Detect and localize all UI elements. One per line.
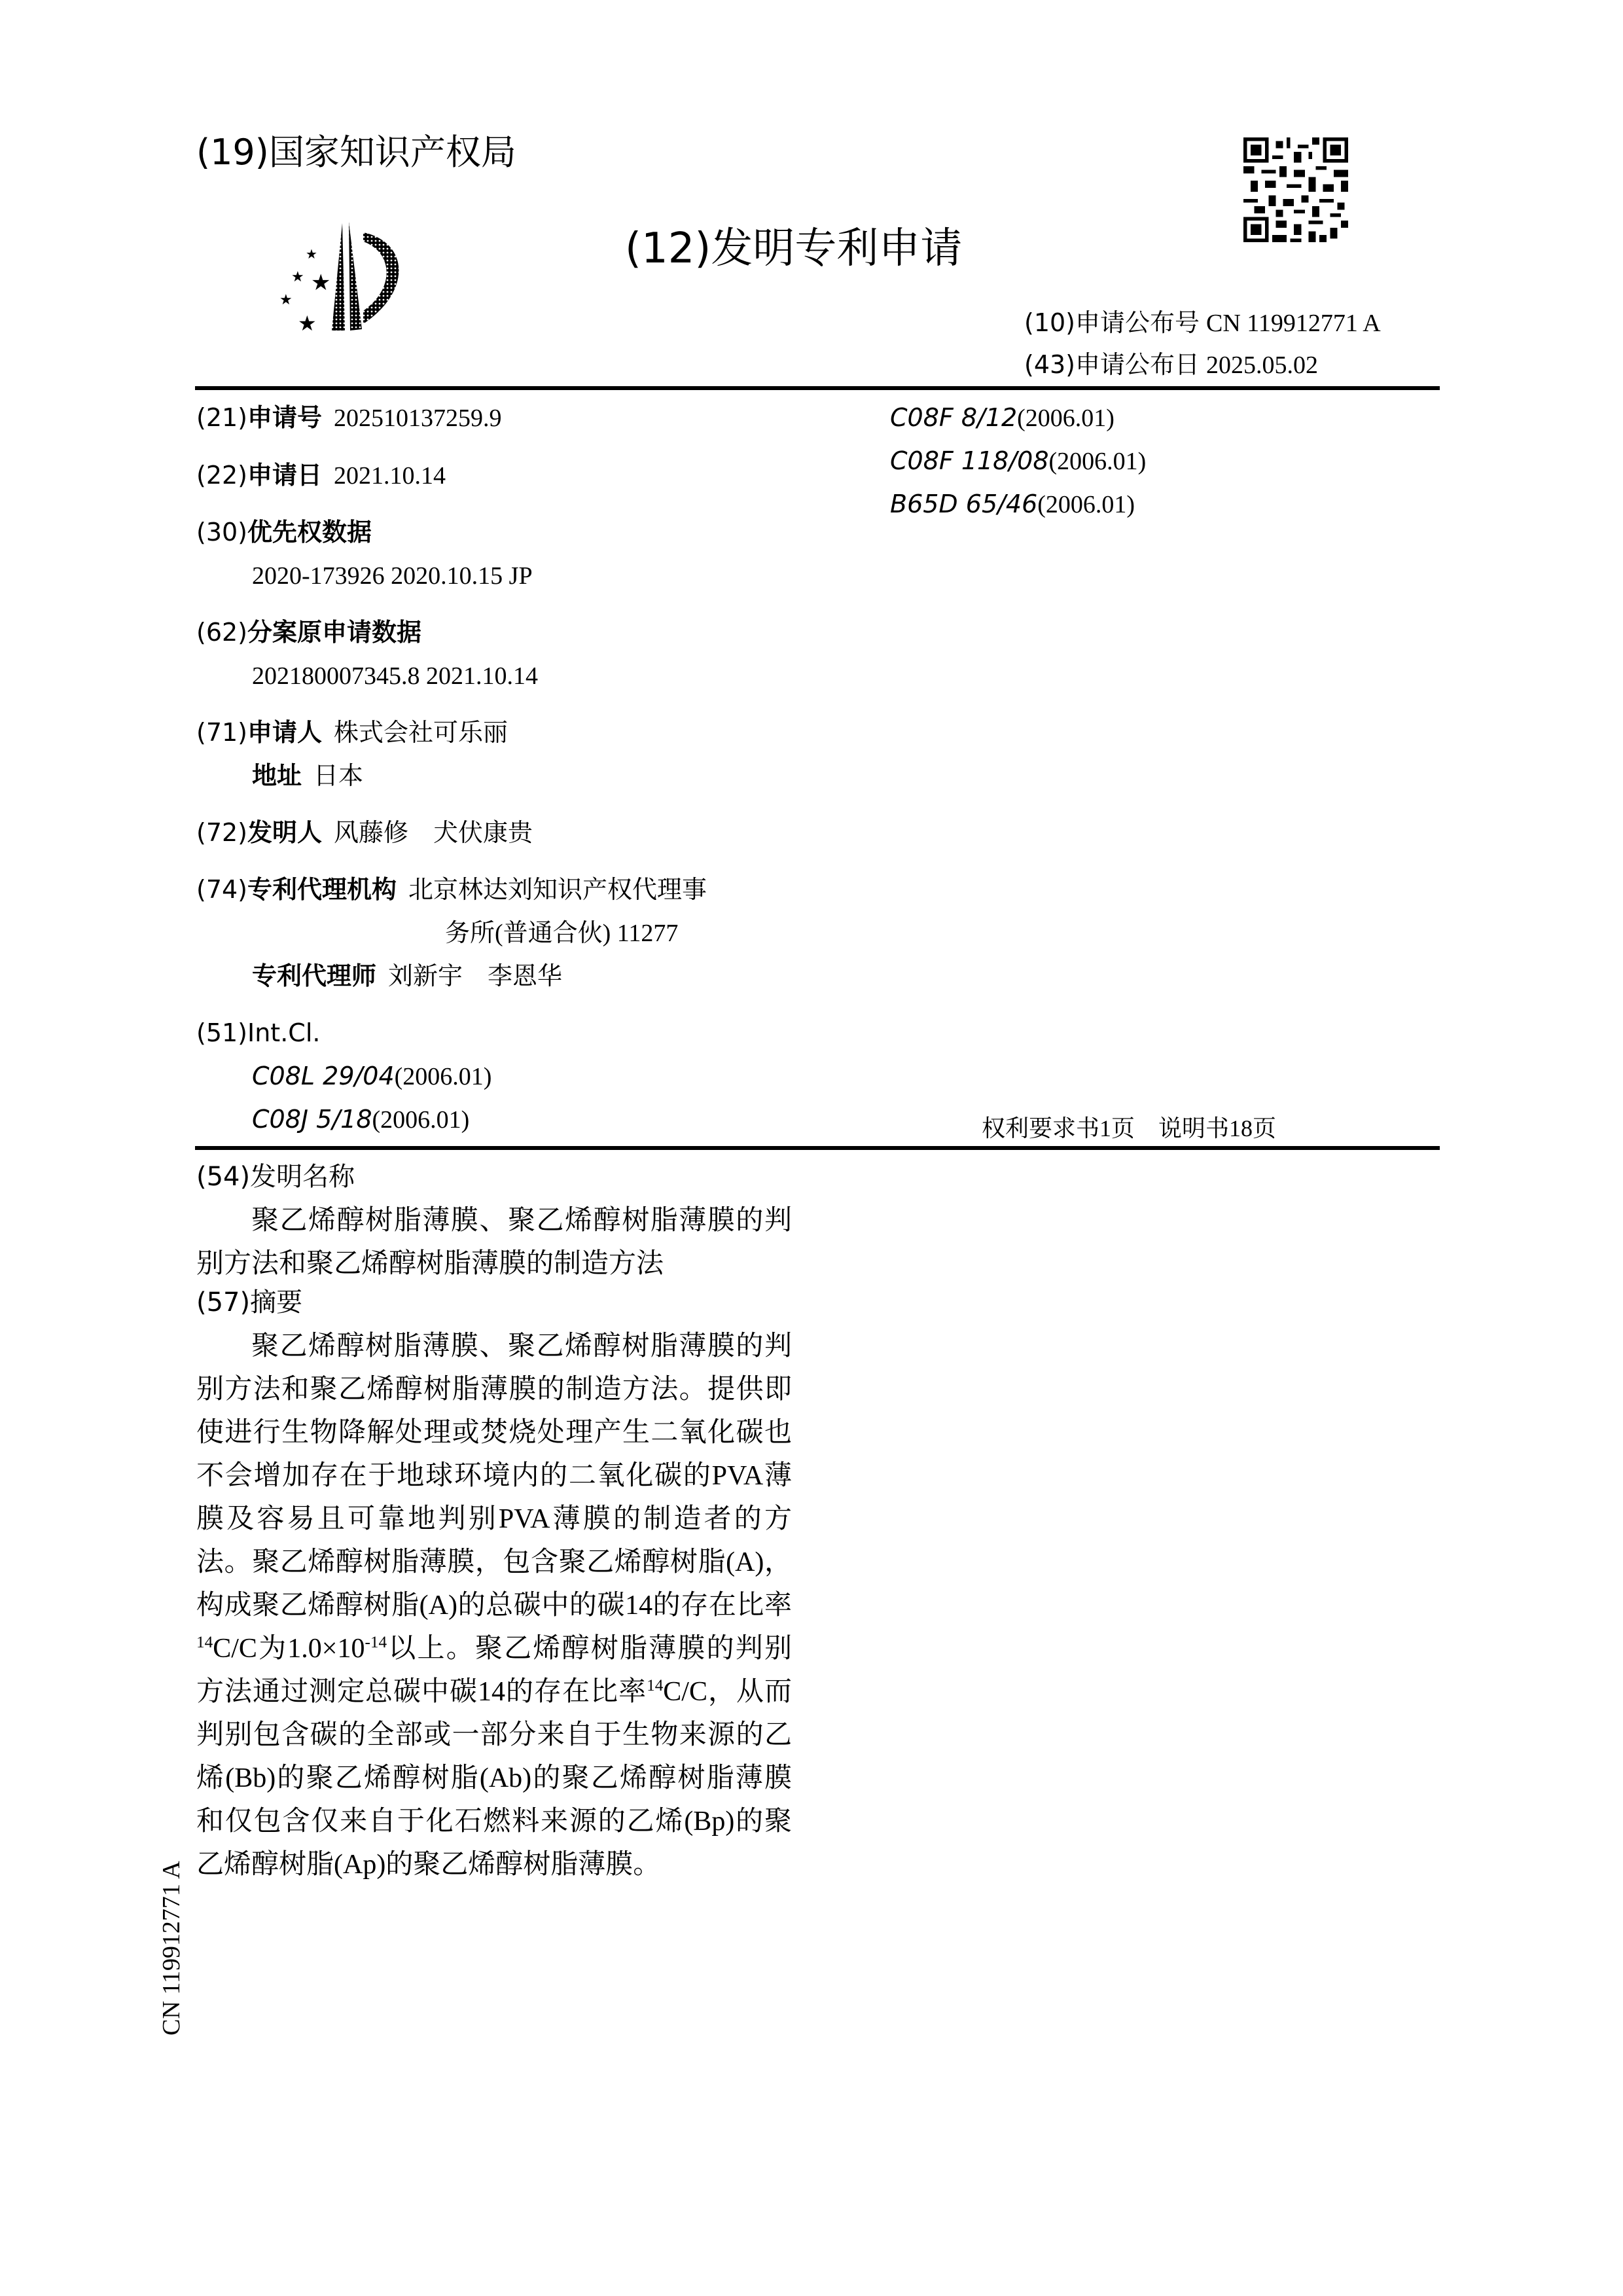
qr-code-icon[interactable]	[1243, 137, 1348, 242]
office-name: (19)国家知识产权局	[196, 130, 516, 175]
abstract-segment: C/C，从而判别包含碳的全部或一部分来自于生物来源的乙烯(Bb)的聚乙烯醇树脂(…	[196, 1677, 792, 1880]
divisional-data: (62)分案原申请数据	[196, 615, 421, 649]
field-value: 北京林达刘知识产权代理事	[408, 876, 707, 904]
ipc-code: C08F 8/12	[890, 403, 1017, 432]
ipc-code: C08L 29/04	[252, 1062, 395, 1090]
field-label: 地址	[252, 761, 302, 790]
field-value: 日本	[313, 762, 363, 790]
ipc-version: (2006.01)	[1049, 448, 1147, 475]
application-date: (22)申请日2021.10.14	[196, 458, 446, 493]
ipc-version: (2006.01)	[1017, 404, 1115, 432]
ipc-version: (2006.01)	[372, 1106, 470, 1134]
patent-agency: (74)专利代理机构北京林达刘知识产权代理事	[196, 872, 707, 907]
field-label: 分案原申请数据	[247, 618, 421, 647]
svg-text:★: ★	[306, 246, 317, 262]
publication-number-value: CN 119912771 A	[1206, 310, 1381, 337]
ipc-classification: C08J 5/18(2006.01)	[252, 1102, 469, 1137]
ipc-classification: C08L 29/04(2006.01)	[252, 1059, 491, 1094]
ipc-code: B65D 65/46	[890, 490, 1037, 518]
address: 地址日本	[252, 759, 363, 793]
ipc-code: C08J 5/18	[252, 1105, 372, 1134]
priority-data: (30)优先权数据	[196, 515, 372, 549]
application-number: (21)申请号202510137259.9	[196, 401, 502, 435]
patent-agent: 专利代理师刘新宇 李恩华	[252, 959, 562, 994]
int-cl: (51)Int.Cl.	[196, 1016, 320, 1050]
field-number: (51)	[196, 1018, 247, 1047]
invention-title-heading: (54)发明名称	[196, 1158, 355, 1195]
field-value: 务所(普通合伙) 11277	[445, 920, 678, 947]
field-label: 申请日	[247, 461, 322, 490]
publication-date-label: (43)申请公布日	[1024, 350, 1200, 379]
field-value: 2021.10.14	[334, 462, 446, 490]
svg-text:★: ★	[291, 269, 304, 285]
side-publication-number: CN 119912771 A	[157, 1861, 186, 2036]
field-value: 202180007345.8 2021.10.14	[252, 662, 538, 690]
field-number: (72)	[196, 818, 247, 847]
cnipa-logo-icon: ★ ★ ★ ★ ★	[272, 219, 416, 337]
field-value: 2020-173926 2020.10.15 JP	[252, 562, 533, 590]
field-value: 刘新宇 李恩华	[388, 963, 562, 990]
middle-divider	[195, 1146, 1440, 1150]
priority-data-value: 2020-173926 2020.10.15 JP	[252, 558, 533, 593]
abstract-text: 聚乙烯醇树脂薄膜、聚乙烯醇树脂薄膜的判别方法和聚乙烯醇树脂薄膜的制造方法。提供即…	[196, 1325, 792, 1886]
field-label: 申请号	[247, 403, 322, 432]
field-label: 专利代理师	[252, 961, 376, 990]
field-value: 202510137259.9	[334, 404, 502, 432]
inventors: (72)发明人风藤修 犬伏康贵	[196, 816, 533, 850]
svg-text:★: ★	[279, 292, 293, 308]
superscript: 14	[647, 1677, 663, 1695]
field-number: (71)	[196, 718, 247, 747]
field-label: Int.Cl.	[247, 1018, 320, 1047]
applicant: (71)申请人株式会社可乐丽	[196, 715, 508, 750]
publication-date-value: 2025.05.02	[1206, 351, 1318, 379]
top-divider	[195, 386, 1440, 390]
field-value: 株式会社可乐丽	[334, 719, 508, 747]
ipc-classification: C08F 118/08(2006.01)	[890, 444, 1146, 478]
abstract-segment: C/C为1.0×10	[213, 1634, 365, 1664]
ipc-code: C08F 118/08	[890, 446, 1049, 475]
ipc-classification: C08F 8/12(2006.01)	[890, 401, 1115, 435]
field-label: 申请人	[247, 718, 322, 747]
superscript: -14	[365, 1634, 387, 1651]
publication-date: (43)申请公布日2025.05.02	[1024, 347, 1318, 383]
ipc-classification: B65D 65/46(2006.01)	[890, 487, 1135, 522]
publication-number-label: (10)申请公布号	[1024, 308, 1200, 337]
field-number: (30)	[196, 518, 247, 547]
divisional-data-value: 202180007345.8 2021.10.14	[252, 658, 538, 693]
ipc-version: (2006.01)	[395, 1063, 492, 1090]
field-number: (62)	[196, 618, 247, 647]
invention-title: 聚乙烯醇树脂薄膜、聚乙烯醇树脂薄膜的判别方法和聚乙烯醇树脂薄膜的制造方法	[196, 1199, 792, 1285]
field-label: 专利代理机构	[247, 875, 397, 904]
abstract-heading: (57)摘要	[196, 1284, 302, 1321]
document-type-title: (12)发明专利申请	[625, 223, 962, 275]
field-label: 发明人	[247, 818, 322, 847]
invention-title-text: 聚乙烯醇树脂薄膜、聚乙烯醇树脂薄膜的判别方法和聚乙烯醇树脂薄膜的制造方法	[196, 1199, 792, 1285]
svg-text:★: ★	[298, 311, 317, 336]
ipc-version: (2006.01)	[1037, 491, 1135, 518]
publication-number: (10)申请公布号CN 119912771 A	[1024, 305, 1381, 341]
field-label: 优先权数据	[247, 518, 372, 547]
superscript: 14	[196, 1634, 213, 1651]
abstract-body: 聚乙烯醇树脂薄膜、聚乙烯醇树脂薄膜的判别方法和聚乙烯醇树脂薄膜的制造方法。提供即…	[196, 1325, 792, 1886]
page-count-info: 权利要求书1页 说明书18页	[982, 1113, 1276, 1144]
patent-agency-line2: 务所(普通合伙) 11277	[445, 916, 678, 950]
field-number: (74)	[196, 875, 247, 904]
svg-text:★: ★	[311, 270, 330, 296]
field-number: (22)	[196, 461, 247, 490]
abstract-segment: 聚乙烯醇树脂薄膜、聚乙烯醇树脂薄膜的判别方法和聚乙烯醇树脂薄膜的制造方法。提供即…	[196, 1331, 792, 1621]
field-number: (21)	[196, 403, 247, 432]
field-value: 风藤修 犬伏康贵	[334, 819, 533, 847]
